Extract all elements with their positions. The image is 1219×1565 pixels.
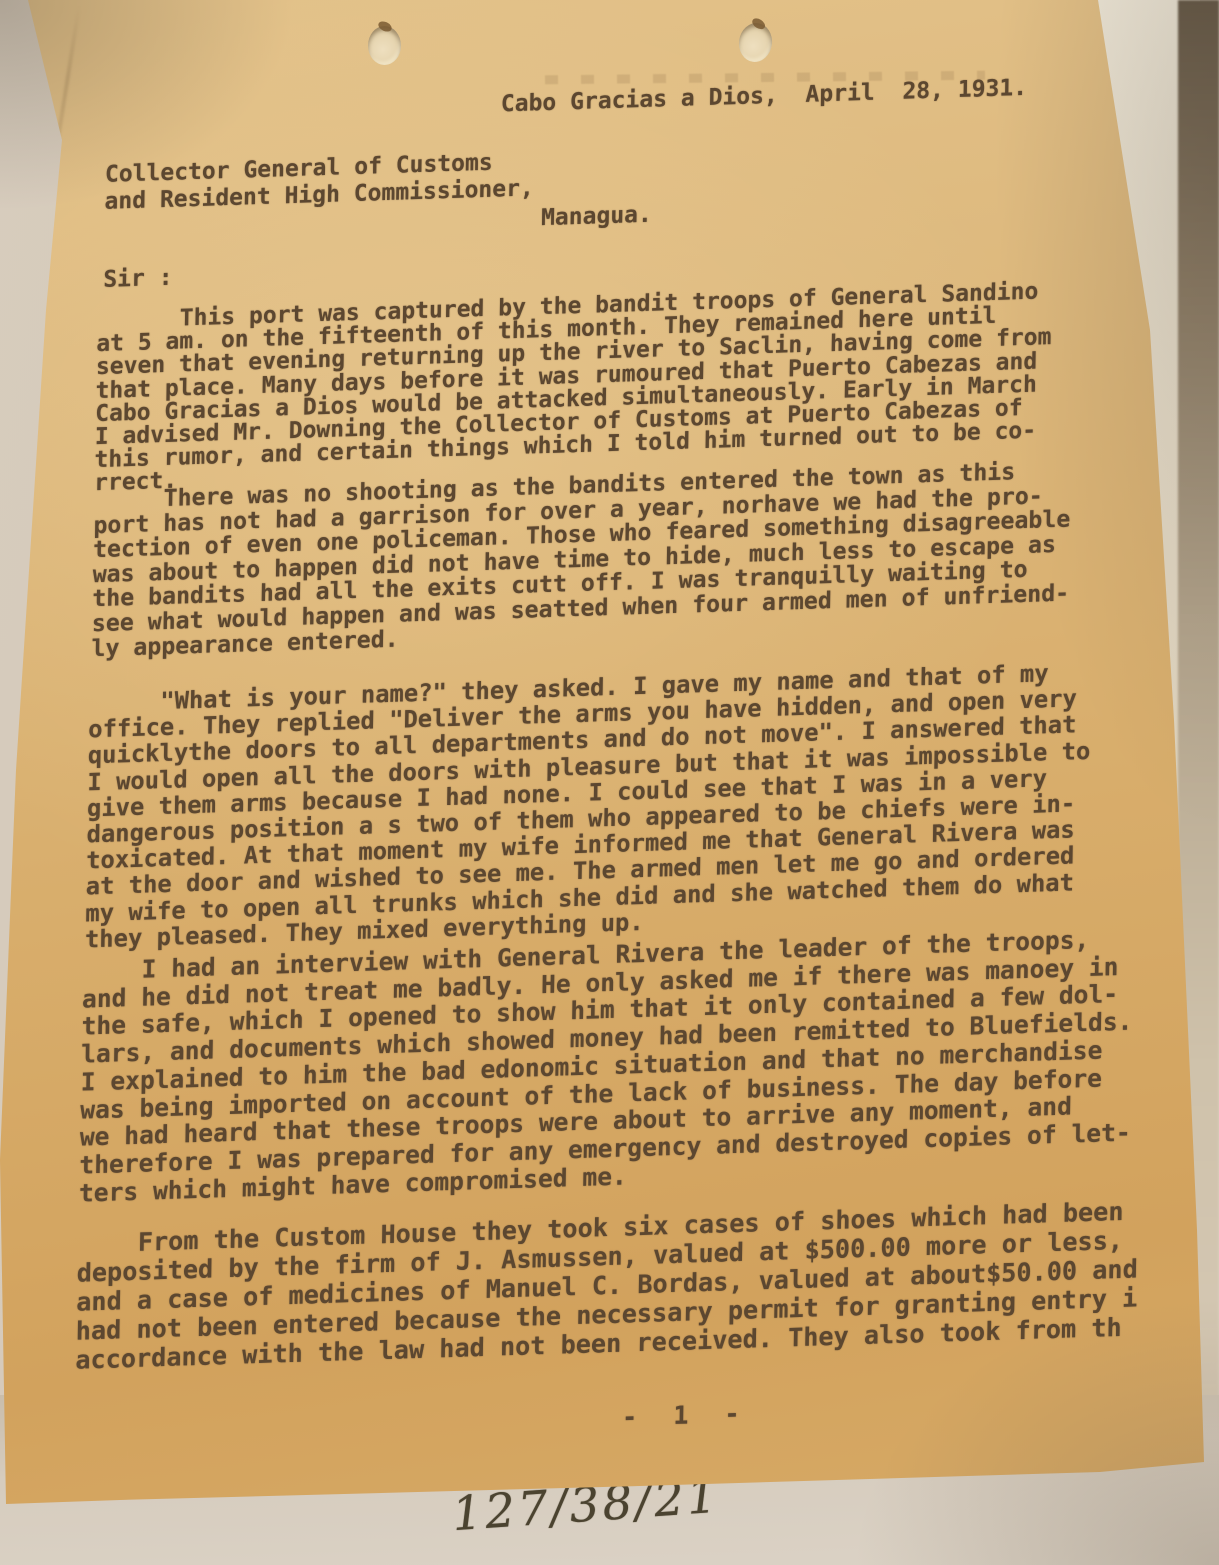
paragraph: I had an interview with General Rivera t… xyxy=(79,925,1134,1207)
salutation: Sir : xyxy=(103,265,173,293)
letter-paper: Cabo Gracias a Dios, April 28, 1931. Col… xyxy=(0,0,1219,1530)
paragraph: "What is your name?" they asked. I gave … xyxy=(85,659,1092,953)
paragraph: From the Custom House they took six case… xyxy=(75,1196,1139,1374)
recipient-city: Managua. xyxy=(541,202,652,231)
page-number: - 1 - xyxy=(622,1399,742,1432)
photo-of-letter: 127/38/21 Cabo Gracias a Dios, April 28,… xyxy=(0,0,1219,1565)
typed-text-layer: Cabo Gracias a Dios, April 28, 1931. Col… xyxy=(0,0,1219,1534)
paragraph: There was no shooting as the bandits ent… xyxy=(91,458,1071,661)
